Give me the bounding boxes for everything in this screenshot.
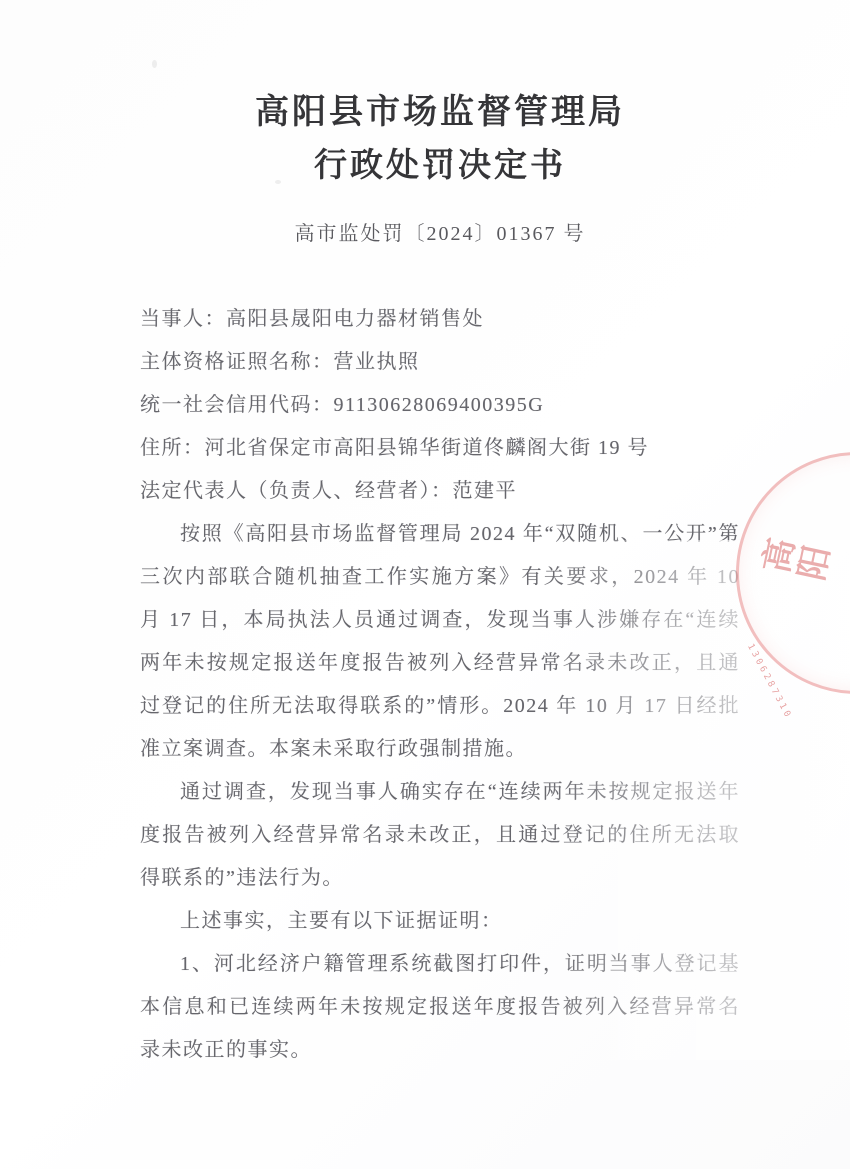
- document-content: 高阳县市场监督管理局 行政处罚决定书 高市监处罚〔2024〕01367 号 当事…: [140, 88, 740, 1072]
- paragraph-findings: 通过调查，发现当事人确实存在“连续两年未按规定报送年度报告被列入经营异常名录未改…: [140, 771, 740, 900]
- paragraph-evidence-item-1: 1、河北经济户籍管理系统截图打印件，证明当事人登记基本信息和已连续两年未按规定报…: [140, 943, 740, 1072]
- seal-serial-digits: 1306287310: [745, 642, 793, 721]
- paragraph-investigation-basis: 按照《高阳县市场监督管理局 2024 年“双随机、一公开”第三次内部联合随机抽查…: [140, 513, 740, 771]
- scanned-document-page: 高阳县市场监督管理局 行政处罚决定书 高市监处罚〔2024〕01367 号 当事…: [0, 0, 850, 1169]
- seal-text: 高阳: [755, 532, 836, 595]
- document-number: 高市监处罚〔2024〕01367 号: [140, 217, 740, 246]
- paragraph-evidence-intro: 上述事实，主要有以下证据证明：: [140, 900, 740, 943]
- scan-speck: [152, 60, 157, 68]
- legal-representative-line: 法定代表人（负责人、经营者）：范建平: [140, 470, 740, 513]
- credit-code-line: 统一社会信用代码：91130628069400395G: [140, 384, 740, 427]
- license-type-line: 主体资格证照名称：营业执照: [140, 341, 740, 384]
- document-title-line1: 高阳县市场监督管理局: [140, 88, 740, 137]
- official-red-seal: 高阳 1306287310: [736, 452, 850, 694]
- document-title-line2: 行政处罚决定书: [140, 143, 740, 191]
- address-line: 住所：河北省保定市高阳县锦华街道佟麟阁大街 19 号: [140, 427, 740, 470]
- document-body: 当事人：高阳县晟阳电力器材销售处 主体资格证照名称：营业执照 统一社会信用代码：…: [140, 298, 740, 1072]
- party-name-line: 当事人：高阳县晟阳电力器材销售处: [140, 298, 740, 341]
